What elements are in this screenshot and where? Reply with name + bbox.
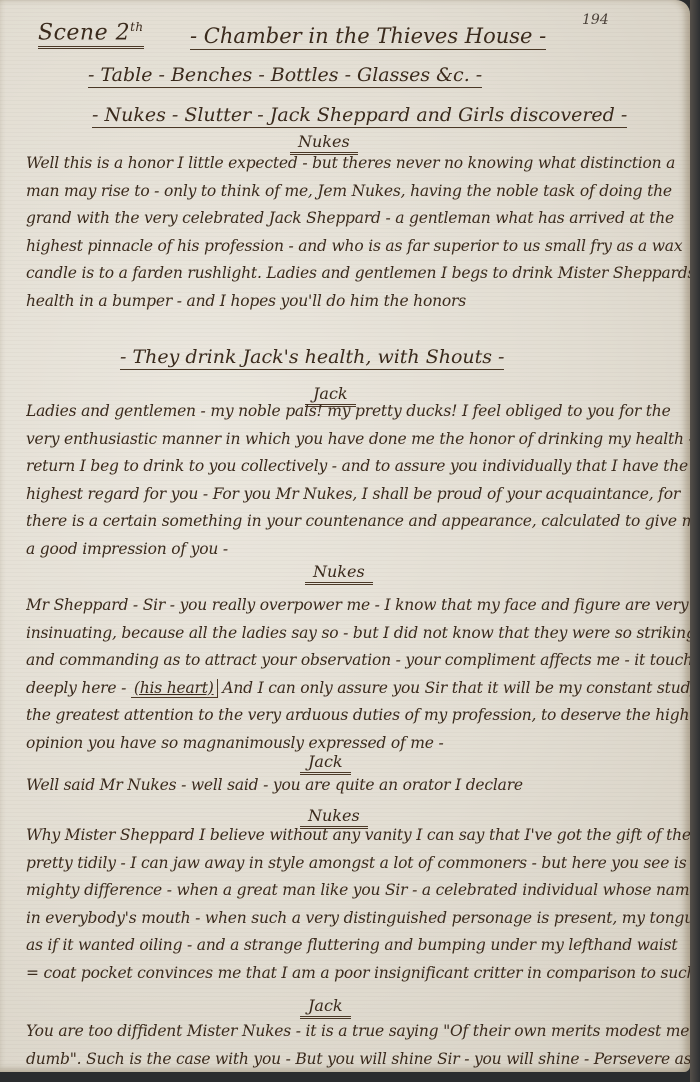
speaker-jack-2: Jack (300, 752, 351, 771)
speech-line: dumb". Such is the case with you - But y… (26, 1046, 691, 1074)
aside-his-heart: (his heart) (131, 679, 218, 698)
speech-jack-3: You are too diffident Mister Nukes - it … (26, 1018, 691, 1073)
speech-line: highest pinnacle of his profession - and… (26, 233, 691, 261)
speech-line: grand with the very celebrated Jack Shep… (26, 205, 691, 233)
manuscript-page: 194 Scene 2th - Chamber in the Thieves H… (0, 0, 690, 1072)
binding-edge (690, 0, 700, 1082)
speaker-jack-3: Jack (300, 996, 351, 1015)
speech-line: pretty tidily - I can jaw away in style … (26, 850, 691, 878)
speaker-nukes-2: Nukes (305, 562, 373, 581)
speech-line: mighty difference - when a great man lik… (26, 877, 691, 905)
speech-line: man may rise to - only to think of me, J… (26, 178, 691, 206)
scene-setting: - Chamber in the Thieves House - (190, 24, 546, 48)
speech-nukes-3: Why Mister Sheppard I believe without an… (26, 822, 691, 987)
stage-direction-drink: - They drink Jack's health, with Shouts … (120, 346, 504, 368)
speech-line: Well said Mr Nukes - well said - you are… (26, 772, 691, 800)
speech-line: there is a certain something in your cou… (26, 508, 691, 536)
speech-line: deeply here - (his heart) And I can only… (26, 675, 691, 703)
speech-line: insinuating, because all the ladies say … (26, 620, 691, 648)
speech-jack-1: Ladies and gentlemen - my noble pals! my… (26, 398, 691, 563)
speech-line: and commanding as to attract your observ… (26, 647, 691, 675)
speech-nukes-1: Well this is a honor I little expected -… (26, 150, 691, 315)
speech-line: highest regard for you - For you Mr Nuke… (26, 481, 691, 509)
speech-line: opinion you have so magnanimously expres… (26, 730, 691, 758)
speech-nukes-2: Mr Sheppard - Sir - you really overpower… (26, 592, 691, 757)
speech-line: health in a bumper - and I hopes you'll … (26, 288, 691, 316)
speech-line: as if it wanted oiling - and a strange f… (26, 932, 691, 960)
speech-line: candle is to a farden rushlight. Ladies … (26, 260, 691, 288)
speech-line: very enthusiastic manner in which you ha… (26, 426, 691, 454)
scene-heading: Scene 2th (38, 20, 144, 49)
speech-line: Ladies and gentlemen - my noble pals! my… (26, 398, 691, 426)
scene-label-suffix: th (130, 20, 144, 34)
speech-line: the greatest attention to the very arduo… (26, 702, 691, 730)
speech-line: You are too diffident Mister Nukes - it … (26, 1018, 691, 1046)
speech-line: Well this is a honor I little expected -… (26, 150, 691, 178)
speech-line: a good impression of you - (26, 536, 691, 564)
speech-line: return I beg to drink to you collectivel… (26, 453, 691, 481)
speech-line: in everybody's mouth - when such a very … (26, 905, 691, 933)
speech-line: Why Mister Sheppard I believe without an… (26, 822, 691, 850)
discovery-line: - Nukes - Slutter - Jack Sheppard and Gi… (92, 104, 627, 126)
speech-jack-2: Well said Mr Nukes - well said - you are… (26, 772, 691, 800)
speech-line: = coat pocket convinces me that I am a p… (26, 960, 691, 988)
scene-label: Scene 2 (38, 20, 130, 45)
props-line: - Table - Benches - Bottles - Glasses &c… (88, 64, 482, 86)
speaker-nukes-1: Nukes (290, 132, 358, 151)
folio-number: 194 (582, 12, 609, 28)
speech-line: Mr Sheppard - Sir - you really overpower… (26, 592, 691, 620)
